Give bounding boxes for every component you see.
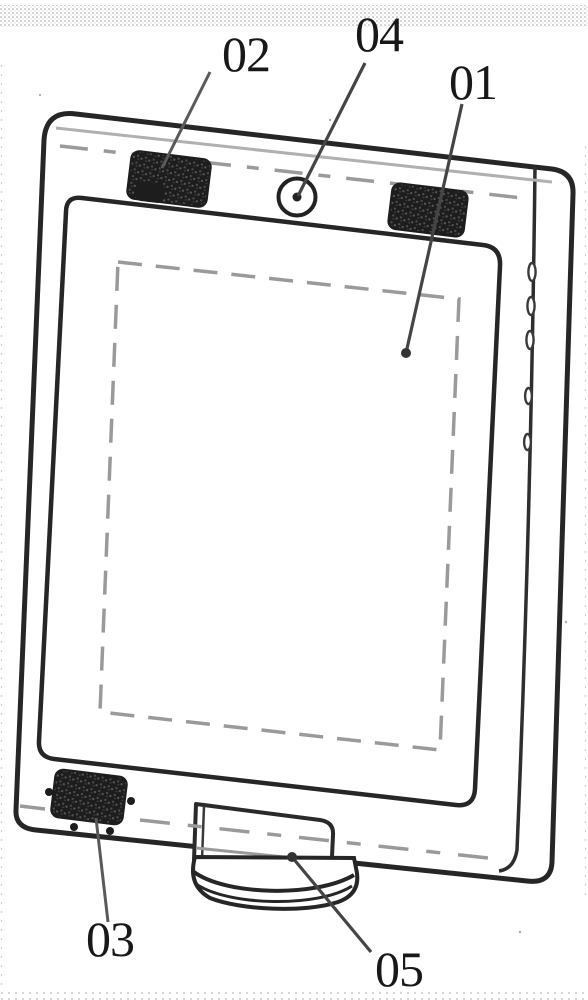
ref-label-04-camera: 04	[355, 6, 404, 62]
patent-figure-canvas: 01 02 03 04 05	[0, 0, 588, 1000]
scan-halftone-band-bottom	[0, 990, 588, 1000]
scan-edge-left	[0, 60, 5, 990]
front-camera-icon	[279, 179, 316, 216]
patent-figure-page: 01 02 03 04 05	[0, 0, 588, 1000]
scan-edge-right	[583, 140, 588, 900]
ref-label-05-stand: 05	[375, 941, 423, 997]
ref-label-03-speaker-bottom: 03	[86, 911, 134, 967]
ref-label-02-speaker-top: 02	[222, 26, 270, 82]
speaker-grille-top-left-icon	[126, 150, 211, 207]
scan-halftone-band-top	[0, 5, 588, 27]
speaker-grille-top-right-icon	[387, 183, 468, 238]
ref-label-01-display: 01	[449, 54, 497, 110]
